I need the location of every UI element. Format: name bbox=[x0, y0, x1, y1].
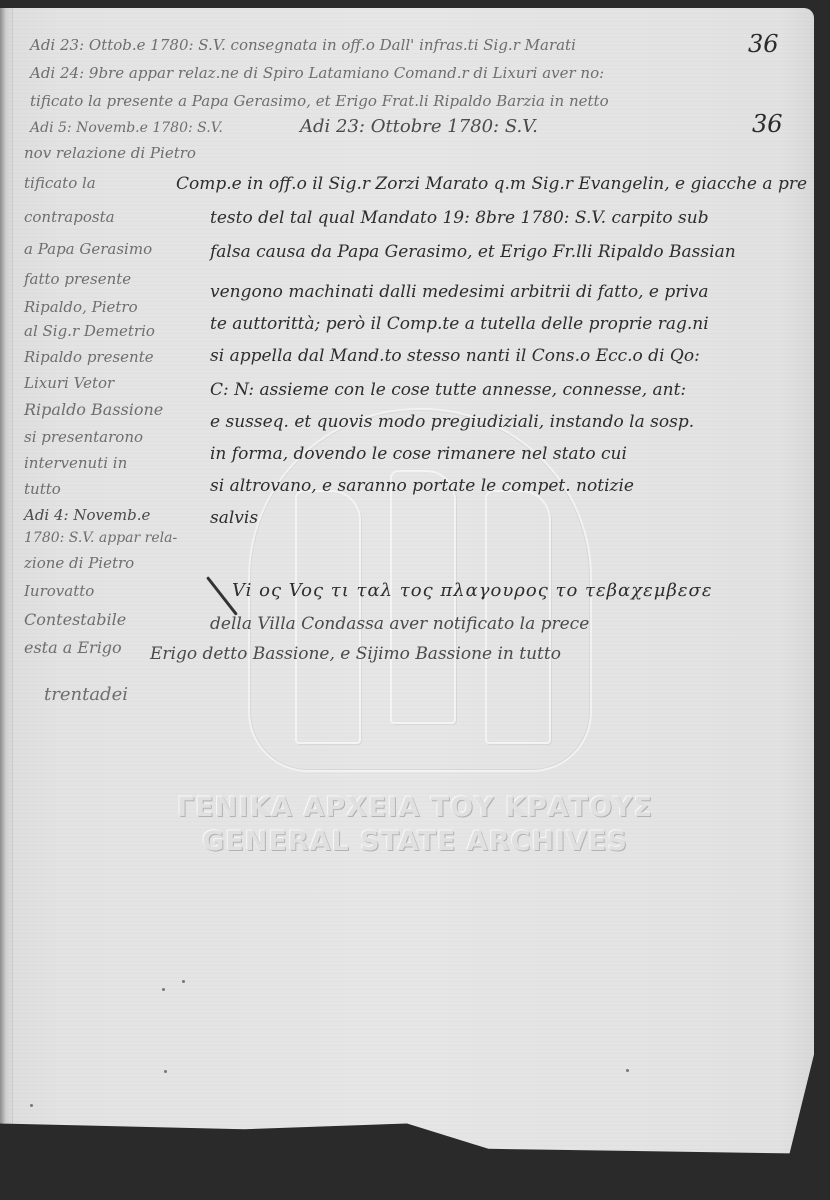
margin-note: Contestabile bbox=[24, 610, 126, 629]
lower-note-greek: Vi oς Voς τι ταλ τος πλαγουρος το τεβαχε… bbox=[232, 580, 713, 601]
lower-note-line: della Villa Condassa aver notificato la … bbox=[210, 614, 589, 634]
margin-note: Ripaldo Bassione bbox=[24, 400, 163, 419]
margin-note: al Sig.r Demetrio bbox=[24, 322, 155, 340]
paper-speck bbox=[30, 1104, 33, 1107]
margin-note: esta a Erigo bbox=[24, 638, 122, 657]
margin-note: Iurovatto bbox=[24, 582, 94, 600]
fold-line bbox=[12, 8, 13, 1158]
margin-note: nov relazione di Pietro bbox=[24, 144, 196, 162]
body-line: salvis bbox=[210, 508, 258, 528]
body-line: si appella dal Mand.to stesso nanti il C… bbox=[210, 346, 700, 366]
header-note: Adi 24: 9bre appar relaz.ne di Spiro Lat… bbox=[30, 64, 604, 82]
paper-speck bbox=[162, 988, 165, 991]
folio-number: 36 bbox=[752, 110, 783, 138]
margin-note: a Papa Gerasimo bbox=[24, 240, 152, 258]
watermark-english: GENERAL STATE ARCHIVES bbox=[0, 826, 830, 857]
margin-note: zione di Pietro bbox=[24, 554, 134, 572]
dateline: Adi 23: Ottobre 1780: S.V. bbox=[300, 116, 538, 137]
margin-note: Adi 4: Novemb.e bbox=[24, 506, 150, 524]
margin-note: 1780: S.V. appar rela- bbox=[24, 530, 177, 546]
body-line: C: N: assieme con le cose tutte annesse,… bbox=[210, 380, 686, 400]
body-line: Comp.e in off.o il Sig.r Zorzi Marato q.… bbox=[176, 174, 807, 194]
watermark-greek: ΓΕΝΙΚΑ ΑΡΧΕΙΑ ΤΟΥ ΚΡΑΤΟΥΣ bbox=[0, 792, 830, 823]
paper-speck bbox=[164, 1070, 167, 1073]
footer-word: trentadei bbox=[44, 684, 128, 705]
margin-note: Lixuri Vetor bbox=[24, 374, 114, 392]
paper-speck bbox=[626, 1069, 629, 1072]
lower-note-line: Erigo detto Bassione, e Sijimo Bassione … bbox=[150, 644, 561, 664]
margin-note: tificato la bbox=[24, 174, 96, 192]
folio-number: 36 bbox=[748, 30, 779, 58]
body-line: si altrovano, e saranno portate le compe… bbox=[210, 476, 634, 496]
margin-note: Ripaldo presente bbox=[24, 348, 154, 366]
margin-note: Ripaldo, Pietro bbox=[24, 298, 138, 316]
header-note: Adi 23: Ottob.e 1780: S.V. consegnata in… bbox=[30, 36, 576, 54]
margin-note: tutto bbox=[24, 480, 61, 498]
binding-edge bbox=[0, 8, 6, 1158]
paper-speck bbox=[182, 980, 185, 983]
body-line: e susseq. et quovis modo pregiudiziali, … bbox=[210, 412, 694, 432]
body-line: in forma, dovendo le cose rimanere nel s… bbox=[210, 444, 627, 464]
header-note: tificato la presente a Papa Gerasimo, et… bbox=[30, 92, 609, 110]
margin-note: contraposta bbox=[24, 208, 115, 226]
margin-note: intervenuti in bbox=[24, 454, 127, 472]
body-line: te auttorittà; però il Comp.te a tutella… bbox=[210, 314, 709, 334]
margin-note: si presentarono bbox=[24, 428, 143, 446]
document-page: Adi 23: Ottob.e 1780: S.V. consegnata in… bbox=[0, 8, 814, 1158]
body-line: vengono machinati dalli medesimi arbitri… bbox=[210, 282, 709, 302]
header-note: Adi 5: Novemb.e 1780: S.V. bbox=[30, 120, 223, 136]
body-line: testo del tal qual Mandato 19: 8bre 1780… bbox=[210, 208, 709, 228]
body-line: falsa causa da Papa Gerasimo, et Erigo F… bbox=[210, 242, 736, 262]
margin-note: fatto presente bbox=[24, 270, 131, 288]
